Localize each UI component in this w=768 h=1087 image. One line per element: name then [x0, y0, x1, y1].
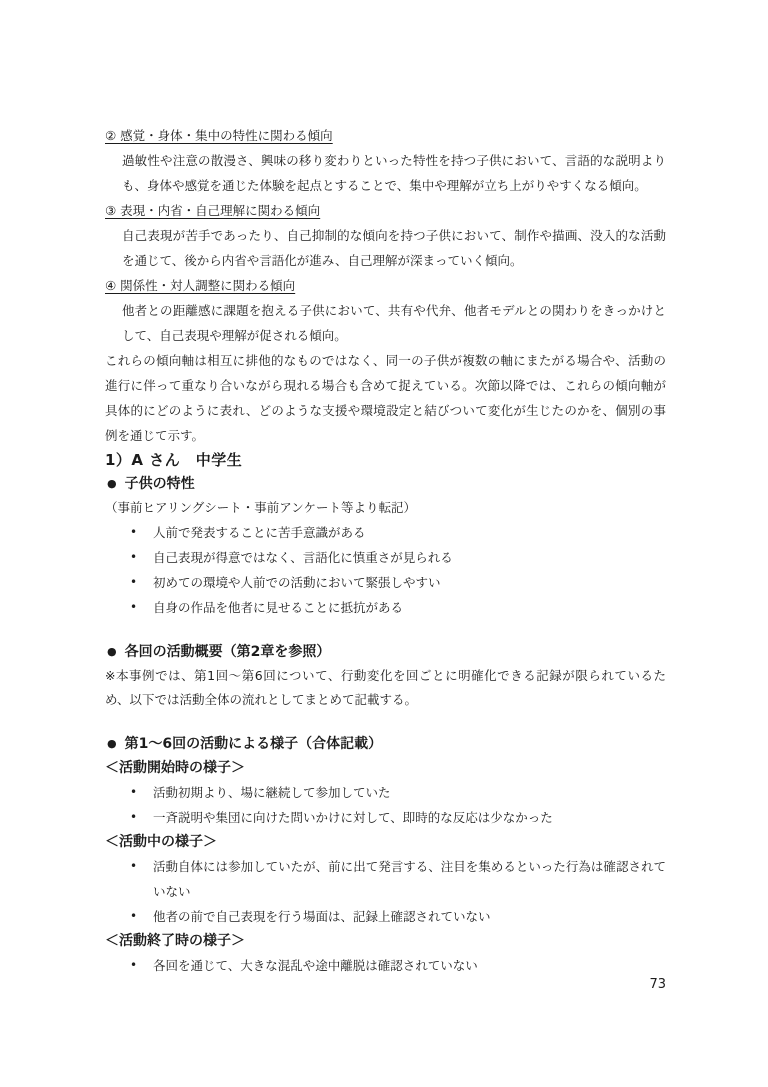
subsection-heading-start: ＜活動開始時の様子＞ — [105, 756, 666, 780]
closing-paragraph: これらの傾向軸は相互に排他的なものではなく、同一の子供が複数の軸にまたがる場合や… — [105, 348, 666, 448]
list-item: • 人前で発表することに苦手意識がある — [105, 520, 666, 545]
section-bullet-icon: ● — [107, 732, 117, 756]
start-observations-list: • 活動初期より、場に継続して参加していた • 一斉説明や集団に向けた問いかけに… — [105, 780, 666, 830]
list-item: • 活動初期より、場に継続して参加していた — [105, 780, 666, 805]
tendency-body: 過敏性や注意の散漫さ、興味の移り変わりといった特性を持つ子供において、言語的な説… — [105, 148, 666, 198]
tendency-body: 他者との距離感に課題を抱える子供において、共有や代弁、他者モデルとの関わりをきっ… — [105, 298, 666, 348]
list-item: • 初めての環境や人前での活動において緊張しやすい — [105, 570, 666, 595]
list-item-text: 活動自体には参加していたが、前に出て発言する、注目を集めるといった行為は確認され… — [153, 854, 666, 904]
traits-heading-label: 子供の特性 — [125, 472, 195, 496]
overview-heading-label: 各回の活動概要（第2章を参照） — [125, 640, 331, 664]
subsection-heading-during: ＜活動中の様子＞ — [105, 830, 666, 854]
section-bullet-icon: ● — [107, 640, 117, 664]
bullet-dot-icon: • — [105, 953, 153, 978]
list-item-text: 自己表現が得意ではなく、言語化に慎重さが見られる — [153, 545, 666, 570]
end-observations-list: • 各回を通じて、大きな混乱や途中離脱は確認されていない — [105, 953, 666, 978]
traits-source-note: （事前ヒアリングシート・事前アンケート等より転記） — [105, 496, 666, 520]
list-item-text: 人前で発表することに苦手意識がある — [153, 520, 666, 545]
bullet-dot-icon: • — [105, 780, 153, 805]
list-item: • 自己表現が得意ではなく、言語化に慎重さが見られる — [105, 545, 666, 570]
section-bullet-icon: ● — [107, 472, 117, 496]
tendency-body: 自己表現が苦手であったり、自己抑制的な傾向を持つ子供において、制作や描画、没入的… — [105, 223, 666, 273]
traits-section-heading: ● 子供の特性 — [105, 472, 666, 496]
bullet-dot-icon: • — [105, 904, 153, 929]
list-item-text: 各回を通じて、大きな混乱や途中離脱は確認されていない — [153, 953, 666, 978]
bullet-dot-icon: • — [105, 854, 153, 904]
during-observations-list: • 活動自体には参加していたが、前に出て発言する、注目を集めるといった行為は確認… — [105, 854, 666, 929]
list-item: • 各回を通じて、大きな混乱や途中離脱は確認されていない — [105, 953, 666, 978]
bullet-dot-icon: • — [105, 520, 153, 545]
activity-heading-label: 第1～6回の活動による様子（合体記載） — [125, 732, 382, 756]
tendency-heading: ④ 関係性・対人調整に関わる傾向 — [105, 273, 666, 298]
tendency-heading: ② 感覚・身体・集中の特性に関わる傾向 — [105, 123, 666, 148]
case-heading: 1）A さん 中学生 — [105, 448, 666, 472]
page-number: 73 — [105, 976, 666, 994]
list-item-text: 活動初期より、場に継続して参加していた — [153, 780, 666, 805]
traits-list: • 人前で発表することに苦手意識がある • 自己表現が得意ではなく、言語化に慎重… — [105, 520, 666, 620]
bullet-dot-icon: • — [105, 570, 153, 595]
list-item: • 自身の作品を他者に見せることに抵抗がある — [105, 595, 666, 620]
list-item-text: 初めての環境や人前での活動において緊張しやすい — [153, 570, 666, 595]
overview-note: ※本事例では、第1回～第6回について、行動変化を回ごとに明確化できる記録が限られ… — [105, 664, 666, 712]
page-content: ② 感覚・身体・集中の特性に関わる傾向 過敏性や注意の散漫さ、興味の移り変わりと… — [105, 123, 666, 978]
tendency-item: ④ 関係性・対人調整に関わる傾向 他者との距離感に課題を抱える子供において、共有… — [105, 273, 666, 348]
activity-section-heading: ● 第1～6回の活動による様子（合体記載） — [105, 732, 666, 756]
tendency-heading: ③ 表現・内省・自己理解に関わる傾向 — [105, 198, 666, 223]
list-item-text: 他者の前で自己表現を行う場面は、記録上確認されていない — [153, 904, 666, 929]
subsection-heading-end: ＜活動終了時の様子＞ — [105, 929, 666, 953]
list-item: • 他者の前で自己表現を行う場面は、記録上確認されていない — [105, 904, 666, 929]
list-item-text: 一斉説明や集団に向けた問いかけに対して、即時的な反応は少なかった — [153, 805, 666, 830]
tendency-item: ② 感覚・身体・集中の特性に関わる傾向 過敏性や注意の散漫さ、興味の移り変わりと… — [105, 123, 666, 198]
bullet-dot-icon: • — [105, 595, 153, 620]
bullet-dot-icon: • — [105, 805, 153, 830]
document-page: ② 感覚・身体・集中の特性に関わる傾向 過敏性や注意の散漫さ、興味の移り変わりと… — [0, 0, 768, 1087]
list-item: • 一斉説明や集団に向けた問いかけに対して、即時的な反応は少なかった — [105, 805, 666, 830]
tendency-item: ③ 表現・内省・自己理解に関わる傾向 自己表現が苦手であったり、自己抑制的な傾向… — [105, 198, 666, 273]
bullet-dot-icon: • — [105, 545, 153, 570]
overview-section-heading: ● 各回の活動概要（第2章を参照） — [105, 640, 666, 664]
list-item-text: 自身の作品を他者に見せることに抵抗がある — [153, 595, 666, 620]
list-item: • 活動自体には参加していたが、前に出て発言する、注目を集めるといった行為は確認… — [105, 854, 666, 904]
